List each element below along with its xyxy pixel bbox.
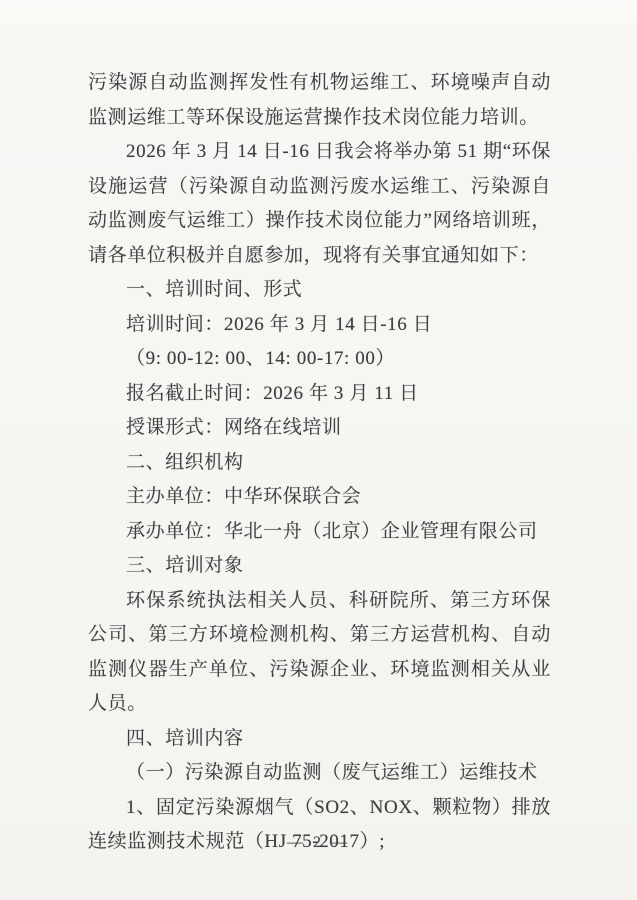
line-training-time: 培训时间：2026 年 3 月 14 日-16 日 bbox=[88, 308, 551, 343]
heading-section-1: 一、培训时间、形式 bbox=[88, 273, 551, 308]
document-page: 污染源自动监测挥发性有机物运维工、环境噪声自动监测运维工等环保设施运营操作技术岗… bbox=[0, 0, 637, 900]
heading-section-2: 二、组织机构 bbox=[88, 446, 551, 481]
paragraph-training-audience: 环保系统执法相关人员、科研院所、第三方环保公司、第三方环境检测机构、第三方运营机… bbox=[88, 584, 551, 722]
line-host-unit: 主办单位：中华环保联合会 bbox=[88, 480, 551, 515]
line-content-item-1-title: （一）污染源自动监测（废气运维工）运维技术 bbox=[88, 756, 551, 791]
document-body: 污染源自动监测挥发性有机物运维工、环境噪声自动监测运维工等环保设施运营操作技术岗… bbox=[88, 66, 551, 860]
page-number: — 2 — bbox=[0, 834, 637, 852]
heading-section-4: 四、培训内容 bbox=[88, 722, 551, 757]
line-training-hours: （9: 00-12: 00、14: 00-17: 00） bbox=[88, 342, 551, 377]
line-registration-deadline: 报名截止时间：2026 年 3 月 11 日 bbox=[88, 377, 551, 412]
line-organizer-unit: 承办单位：华北一舟（北京）企业管理有限公司 bbox=[88, 515, 551, 550]
line-teaching-format: 授课形式：网络在线培训 bbox=[88, 411, 551, 446]
heading-section-3: 三、培训对象 bbox=[88, 549, 551, 584]
paragraph-continuation: 污染源自动监测挥发性有机物运维工、环境噪声自动监测运维工等环保设施运营操作技术岗… bbox=[88, 66, 551, 135]
paragraph-intro: 2026 年 3 月 14 日-16 日我会将举办第 51 期“环保设施运营（污… bbox=[88, 135, 551, 273]
